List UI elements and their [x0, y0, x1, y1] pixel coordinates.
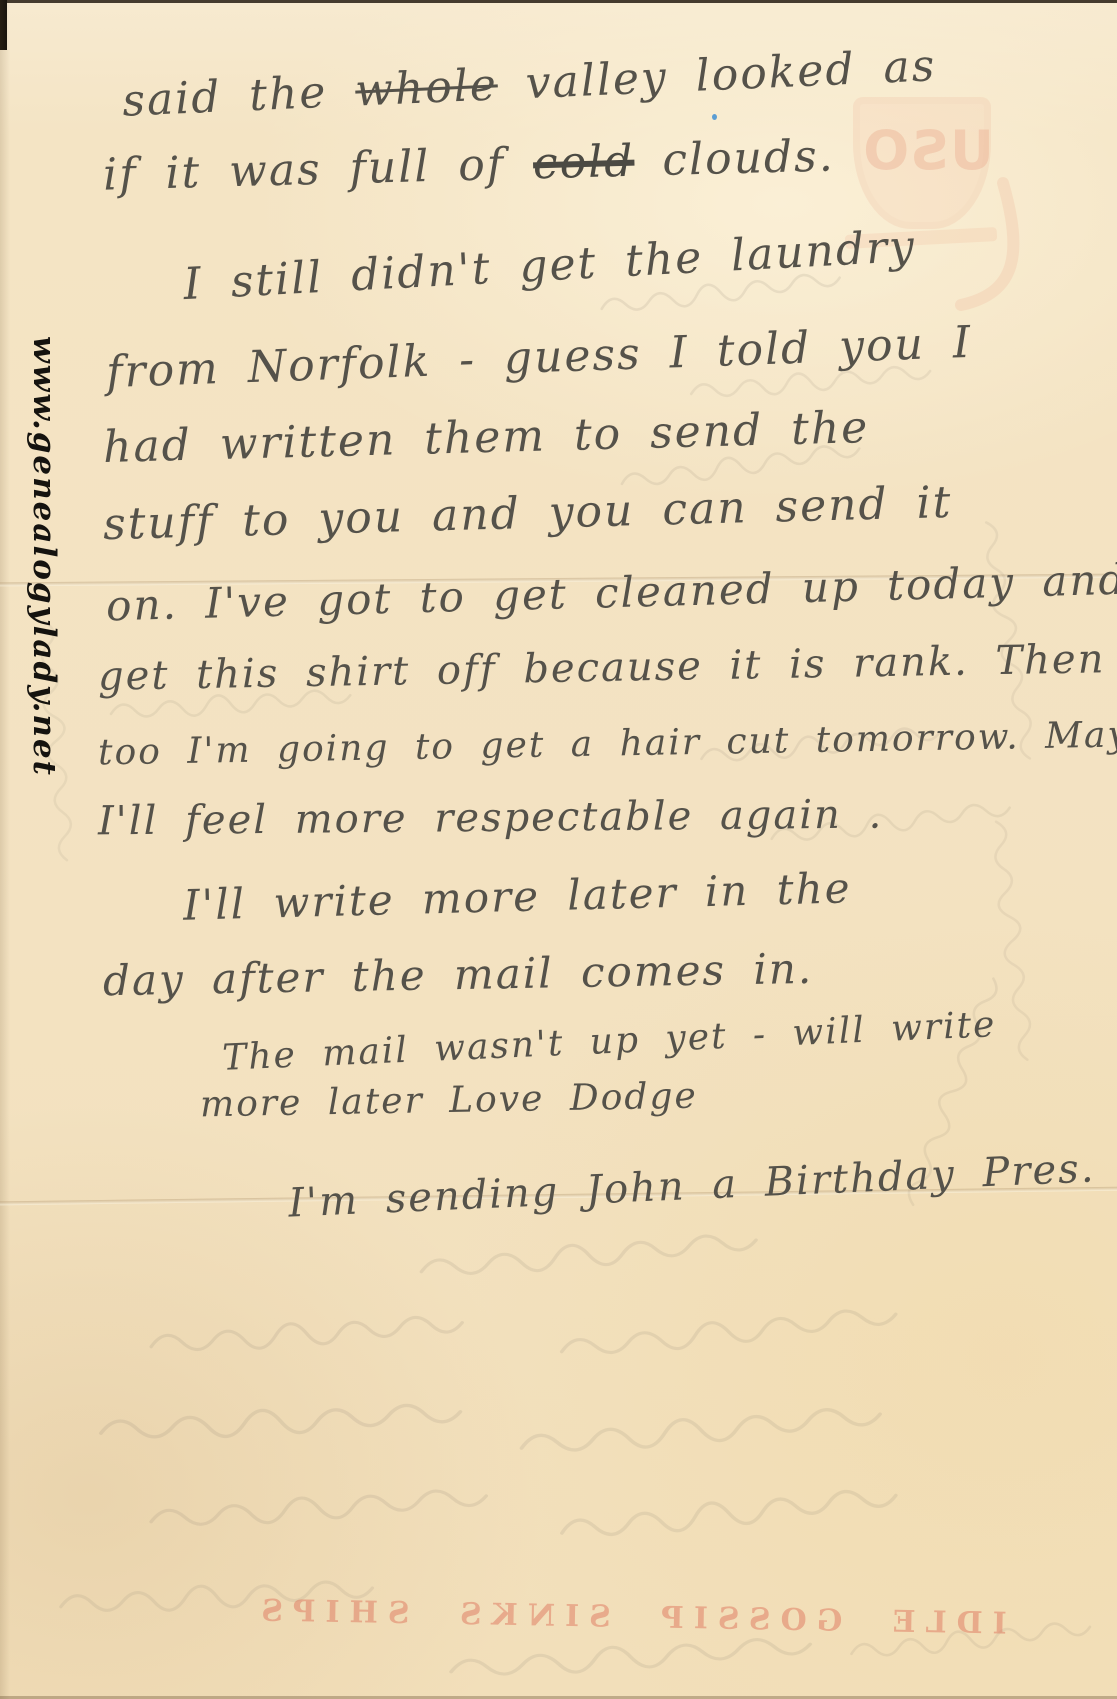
line-text: clouds. [662, 130, 836, 185]
letter-line-8: get this shirt off because it is rank. T… [98, 636, 1106, 700]
struck-word: whole [354, 59, 499, 116]
letter-line-4: from Norfolk - guess I told you I [105, 317, 973, 398]
letter-line-13: The mail wasn't up yet - will write [221, 1004, 997, 1079]
ink-speck [712, 114, 717, 120]
scanned-letter-page: USO www.genealogylady.net said the whole… [0, 0, 1117, 1699]
letter-line-12: day after the mail comes in. [103, 944, 814, 1005]
censor-slogan-bleed-through: IDLE GOSSIP SINKS SHIPS [218, 1593, 1040, 1642]
letter-line-1: said the whole valley looked as [121, 40, 937, 126]
watermark-text: www.genealogylady.net [26, 336, 62, 777]
letter-line-7: on. I've got to get cleaned up today and [106, 555, 1117, 631]
scan-top-edge [0, 0, 1117, 3]
letter-line-10: I'll feel more respectable again . [98, 792, 884, 845]
line-text: if it was full of [102, 139, 505, 201]
letter-line-14-signature: more later Love Dodge [200, 1076, 698, 1126]
letter-line-11: I'll write more later in the [182, 863, 852, 929]
letter-line-3: I still didn't get the laundry [182, 221, 917, 310]
line-text: said the [121, 67, 328, 127]
scribbled-out-word: cold [532, 136, 635, 190]
letter-line-5: had written them to send the [102, 402, 869, 473]
letter-line-9: too I'm going to get a hair cut tomorrow… [98, 714, 1117, 774]
letter-line-6: stuff to you and you can send it [102, 477, 952, 550]
letter-line-15-postscript: I'm sending John a Birthday Pres. [287, 1145, 1096, 1226]
page-left-shadow [0, 0, 10, 1699]
letter-line-2: if it was full of cold clouds. [102, 130, 835, 200]
